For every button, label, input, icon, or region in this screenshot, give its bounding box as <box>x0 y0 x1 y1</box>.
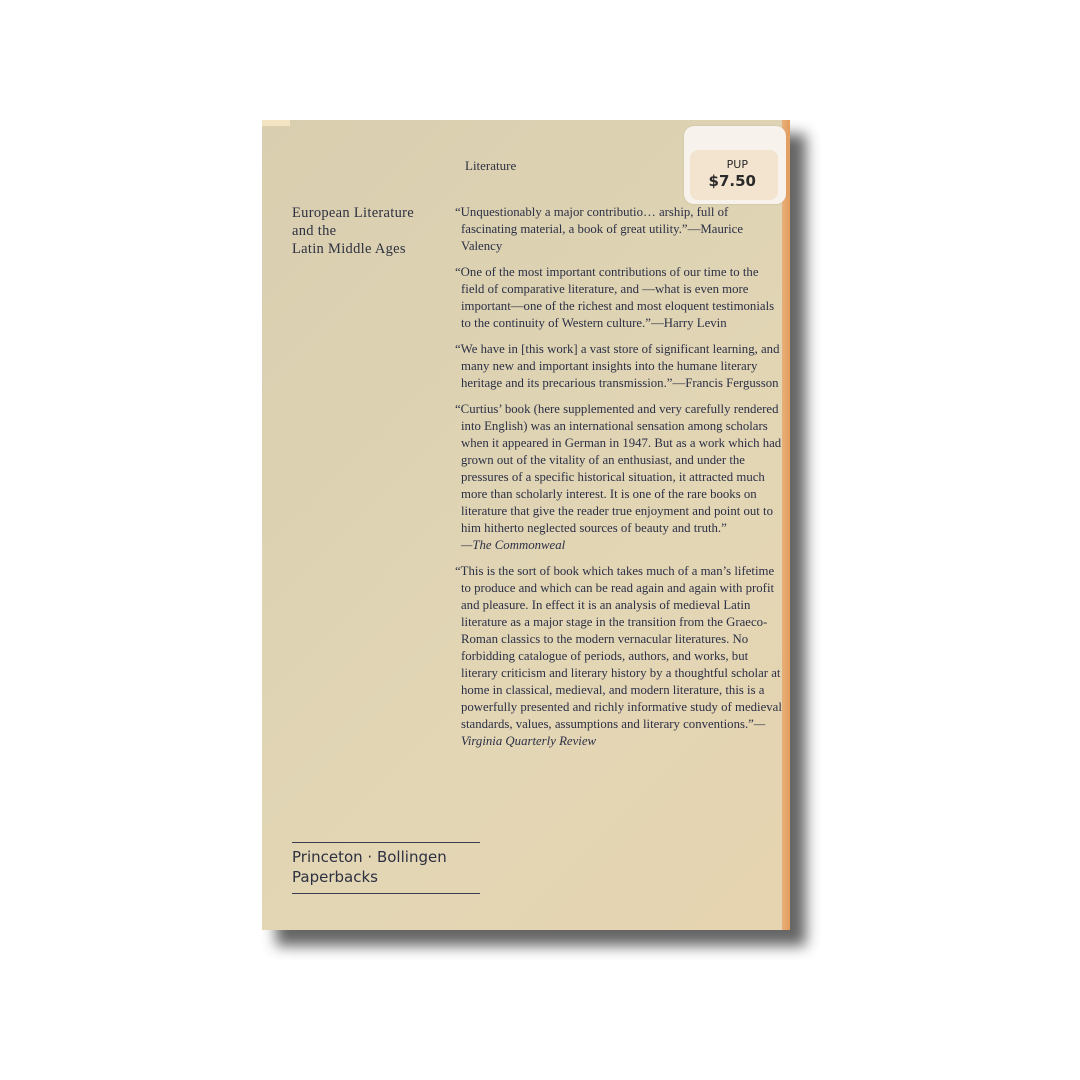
review-quote: “One of the most important contributions… <box>455 264 785 332</box>
review-quote: “This is the sort of book which takes mu… <box>455 563 785 750</box>
book-title: European Literature and the Latin Middle… <box>292 204 414 258</box>
review-quote: “Unquestionably a major contributio… ars… <box>455 204 785 255</box>
publisher-line: Paperbacks <box>292 867 480 887</box>
title-line: Latin Middle Ages <box>292 240 414 258</box>
price-value: $7.50 <box>709 172 756 190</box>
title-line: European Literature <box>292 204 414 222</box>
quote-attribution: —Harry Levin <box>651 316 727 330</box>
category-label: Literature <box>465 158 516 174</box>
review-quote: “Curtius’ book (here supplemented and ve… <box>455 401 785 554</box>
title-line: and the <box>292 222 414 240</box>
publisher-imprint: Princeton · Bollingen Paperbacks <box>292 842 480 894</box>
quote-attribution: —Francis Fergusson <box>672 376 778 390</box>
review-quotes: “Unquestionably a major contributio… ars… <box>455 204 785 759</box>
publisher-line: Princeton · Bollingen <box>292 847 480 867</box>
quote-attribution: —The Commonweal <box>461 537 785 554</box>
price-brand: PUP <box>727 158 748 171</box>
review-quote: “We have in [this work] a vast store of … <box>455 341 785 392</box>
book-back-cover: Literature PUP $7.50 European Literature… <box>262 120 790 930</box>
